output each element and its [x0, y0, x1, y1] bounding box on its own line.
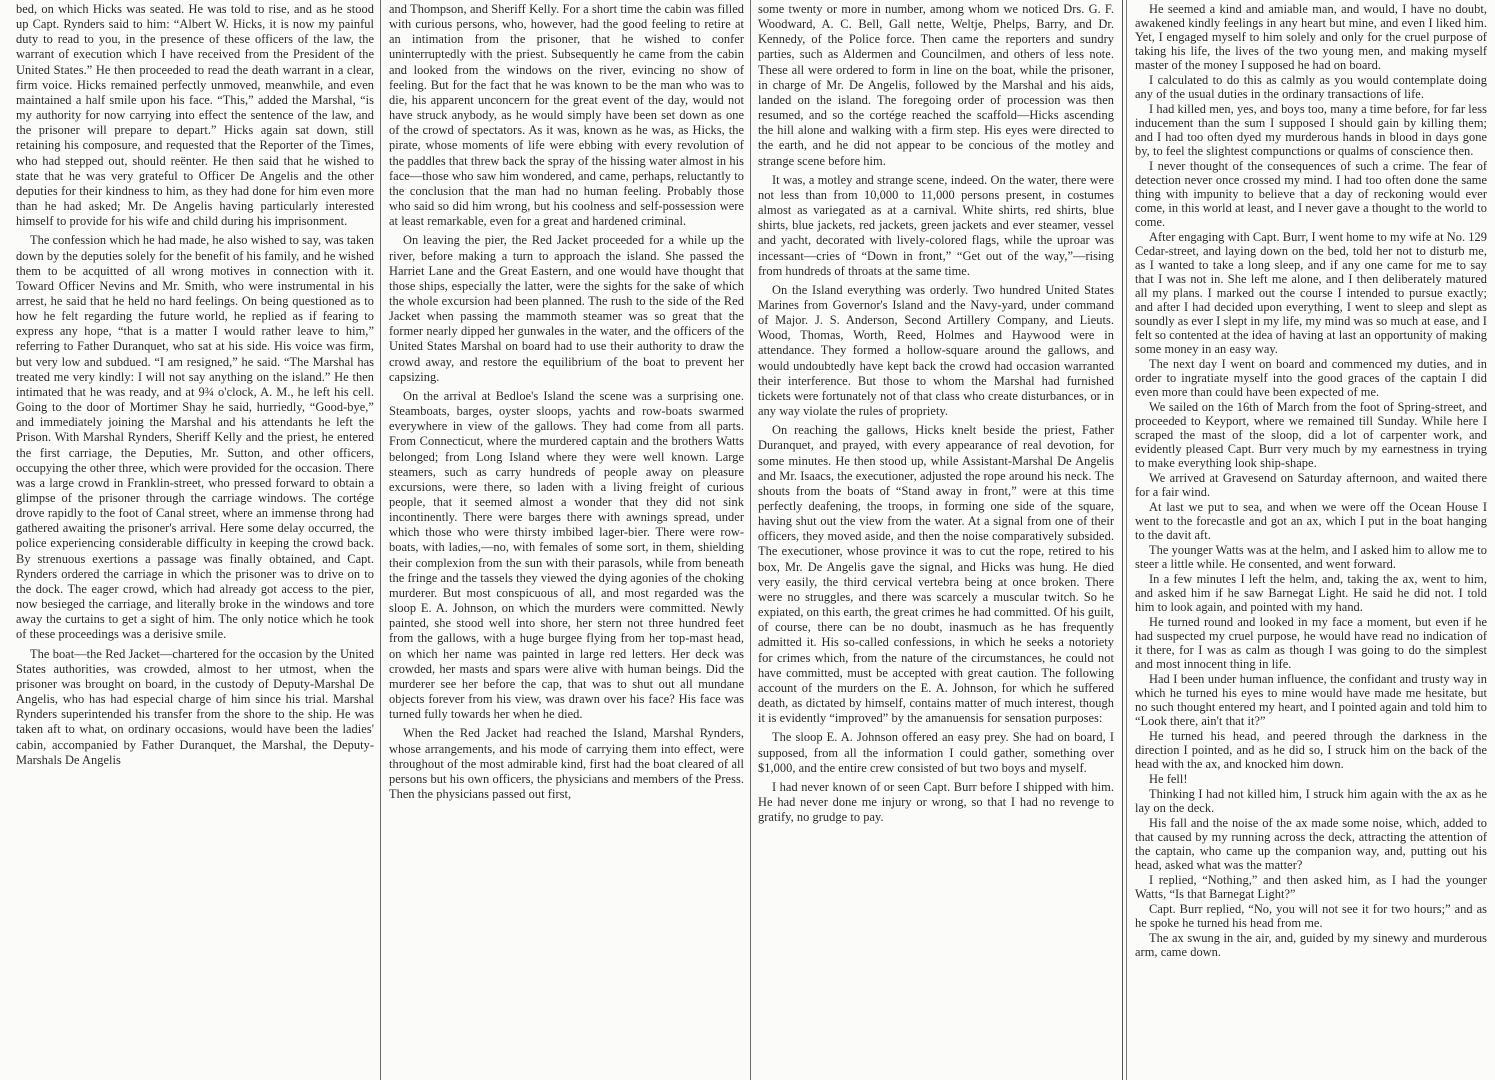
column-4-paragraph: The ax swung in the air, and, guided by … — [1135, 931, 1487, 959]
column-3-paragraph: On the Island everything was orderly. Tw… — [758, 283, 1114, 419]
column-4-paragraph: We sailed on the 16th of March from the … — [1135, 400, 1487, 470]
column-3-paragraph: some twenty or more in number, among who… — [758, 2, 1114, 169]
column-2-paragraph: On leaving the pier, the Red Jacket proc… — [389, 233, 744, 385]
column-1: bed, on which Hicks was seated. He was t… — [16, 2, 374, 768]
column-rule — [750, 0, 751, 1080]
column-3-paragraph: It was, a motley and strange scene, inde… — [758, 173, 1114, 279]
column-3-paragraph: The sloop E. A. Johnson offered an easy … — [758, 730, 1114, 775]
column-2-paragraph: When the Red Jacket had reached the Isla… — [389, 726, 744, 802]
column-4-paragraph: He seemed a kind and amiable man, and wo… — [1135, 2, 1487, 72]
column-2-paragraph: and Thompson, and Sheriff Kelly. For a s… — [389, 2, 744, 229]
column-4-paragraph: At last we put to sea, and when we were … — [1135, 500, 1487, 542]
column-4-paragraph: Had I been under human influence, the co… — [1135, 672, 1487, 728]
column-4-paragraph: We arrived at Gravesend on Saturday afte… — [1135, 471, 1487, 499]
column-3: some twenty or more in number, among who… — [758, 2, 1114, 825]
column-4-paragraph: I calculated to do this as calmly as you… — [1135, 73, 1487, 101]
column-3-paragraph: On reaching the gallows, Hicks knelt bes… — [758, 423, 1114, 726]
column-4-paragraph: Capt. Burr replied, “No, you will not se… — [1135, 902, 1487, 930]
column-4-paragraph: He turned round and looked in my face a … — [1135, 615, 1487, 671]
column-4-paragraph: I had killed men, yes, and boys too, man… — [1135, 102, 1487, 158]
column-1-paragraph: bed, on which Hicks was seated. He was t… — [16, 2, 374, 229]
column-rule — [1122, 0, 1127, 1080]
column-4-paragraph: I never thought of the consequences of s… — [1135, 159, 1487, 229]
column-rule — [380, 0, 381, 1080]
column-3-paragraph: I had never known of or seen Capt. Burr … — [758, 780, 1114, 825]
column-1-paragraph: The boat—the Red Jacket—chartered for th… — [16, 647, 374, 768]
column-4-paragraph: The younger Watts was at the helm, and I… — [1135, 543, 1487, 571]
column-4-paragraph: In a few minutes I left the helm, and, t… — [1135, 572, 1487, 614]
column-2: and Thompson, and Sheriff Kelly. For a s… — [389, 2, 744, 802]
column-1-paragraph: The confession which he had made, he als… — [16, 233, 374, 642]
column-4-paragraph: The next day I went on board and commenc… — [1135, 357, 1487, 399]
column-4-paragraph: Thinking I had not killed him, I struck … — [1135, 787, 1487, 815]
column-4: He seemed a kind and amiable man, and wo… — [1135, 2, 1487, 959]
column-4-paragraph: After engaging with Capt. Burr, I went h… — [1135, 230, 1487, 356]
column-4-paragraph: His fall and the noise of the ax made so… — [1135, 816, 1487, 872]
column-2-paragraph: On the arrival at Bedloe's Island the sc… — [389, 389, 744, 722]
newspaper-clipping-page: bed, on which Hicks was seated. He was t… — [0, 0, 1495, 1080]
column-4-paragraph: He turned his head, and peered through t… — [1135, 729, 1487, 771]
column-4-paragraph: He fell! — [1135, 772, 1487, 786]
column-4-paragraph: I replied, “Nothing,” and then asked him… — [1135, 873, 1487, 901]
